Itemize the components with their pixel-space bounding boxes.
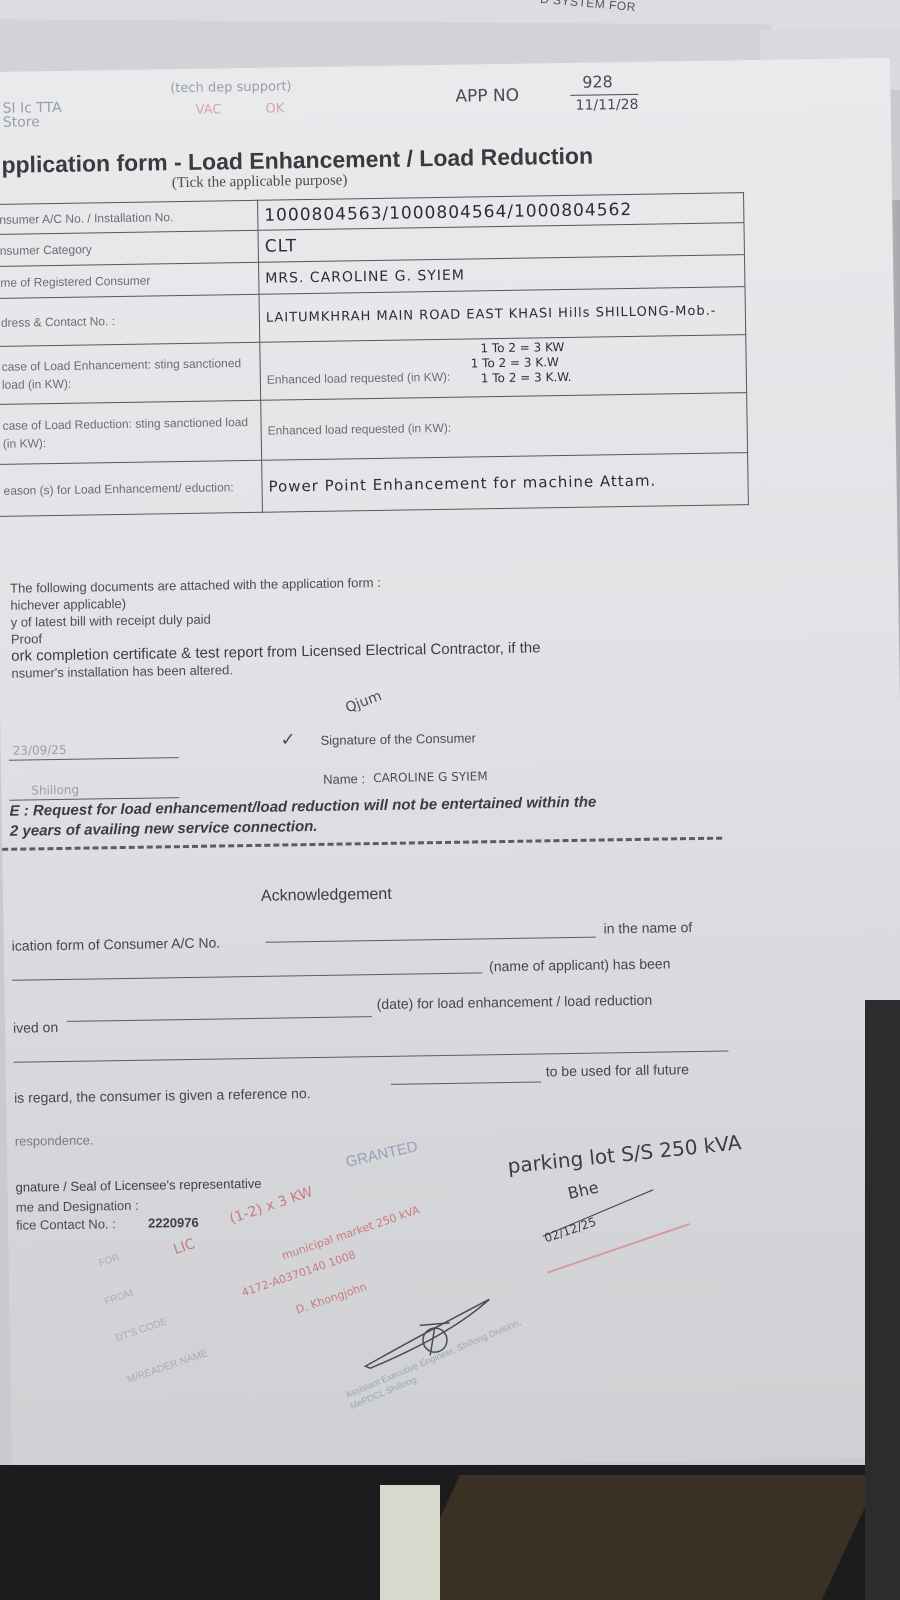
consumer-details-table: nsumer A/C No. / Installation No. 100080… — [0, 192, 749, 517]
consumer-name-handwritten: CAROLINE G SYIEM — [373, 769, 488, 785]
row-label: case of Load Enhancement: sting sanction… — [0, 342, 261, 404]
granted-stamp: GRANTED — [344, 1138, 419, 1171]
applicant-name-blank — [12, 972, 482, 980]
ack-text: respondence. — [15, 1133, 94, 1149]
consumer-signature-mark: Qjum — [343, 688, 384, 716]
form-subtitle: (Tick the applicable purpose) — [172, 172, 348, 192]
application-form-page: SI Ic TTA Store (tech dep support) VAC O… — [0, 58, 900, 1472]
fraction-line — [570, 94, 638, 96]
stamp-field-label: DT'S CODE — [114, 1316, 168, 1344]
account-number-blank — [266, 937, 596, 943]
handwritten-bracket-note: (tech dep support) — [170, 79, 292, 96]
office-contact-value: 2220976 — [148, 1215, 199, 1231]
load-value-line: 1 To 2 = 3 K.W. — [481, 370, 572, 385]
red-note-vac: VAC — [196, 102, 222, 117]
approver-initials: Bhe — [566, 1178, 600, 1203]
ack-text: (name of applicant) has been — [489, 955, 671, 974]
dark-edge — [865, 1000, 900, 1600]
ack-text: ication form of Consumer A/C No. — [12, 934, 221, 953]
documents-section: The following documents are attached wit… — [10, 571, 541, 681]
red-note-ok: OK — [266, 101, 285, 116]
reference-number-blank — [391, 1081, 541, 1084]
table-row: case of Load Enhancement: sting sanction… — [0, 335, 747, 405]
acknowledgement-title: Acknowledgement — [261, 886, 392, 906]
handwritten-site-note: SI Ic TTA Store — [2, 101, 62, 130]
date-value: 23/09/25 — [13, 743, 67, 758]
row-label: dress & Contact No. : — [0, 294, 260, 346]
signature-label: Signature of the Consumer — [320, 730, 476, 747]
date-received-blank — [67, 1016, 372, 1022]
app-no-label: APP NO — [455, 86, 519, 107]
ack-text: (date) for load enhancement / load reduc… — [377, 992, 653, 1012]
paper-strip — [380, 1485, 440, 1600]
ack-text: ived on — [13, 1019, 58, 1036]
office-contact-label: fice Contact No. : — [16, 1216, 116, 1233]
load-value-line: 1 To 2 = 3 K.W — [471, 355, 559, 370]
name-label: Name : — [323, 771, 365, 787]
row-label: me of Registered Consumer — [0, 262, 259, 298]
stamp-field-label: M/READER NAME — [126, 1348, 209, 1386]
check-mark-icon: ✓ — [280, 729, 295, 750]
ack-text: is regard, the consumer is given a refer… — [14, 1085, 311, 1106]
place-value: Shillong — [31, 783, 79, 798]
stamp-field-label: FOR — [97, 1252, 121, 1269]
field-label: Enhanced load requested (in KW): — [268, 420, 452, 437]
licensee-signature-label: gnature / Seal of Licensee's representat… — [15, 1176, 261, 1195]
approval-date: 02/12/25 — [542, 1215, 598, 1246]
reduction-cell: Enhanced load requested (in KW): — [261, 393, 748, 461]
load-value-line: 1 To 2 = 3 KW — [480, 340, 564, 355]
desk-surface — [402, 1475, 880, 1600]
name-designation-label: me and Designation : — [16, 1198, 139, 1215]
field-label: Enhanced load requested (in KW): — [267, 370, 451, 387]
date-line — [9, 757, 179, 761]
row-label: eason (s) for Load Enhancement/ eduction… — [0, 460, 262, 516]
reason-value: Power Point Enhancement for machine Atta… — [262, 453, 749, 513]
red-entry: D. Khongjohn — [294, 1280, 368, 1316]
blank-line — [14, 1051, 729, 1063]
note-text: E : Request for load enhancement/load re… — [9, 793, 596, 842]
ack-text: in the name of — [603, 919, 692, 936]
row-label: case of Load Reduction: sting sanctioned… — [0, 400, 262, 464]
row-label: nsumer Category — [0, 230, 259, 266]
ack-text: to be used for all future — [546, 1061, 689, 1079]
address-value: LAITUMKHRAH MAIN ROAD EAST KHASI Hills S… — [259, 287, 746, 343]
parking-lot-note: parking lot S/S 250 kVA — [506, 1130, 742, 1178]
red-entry: LIC — [171, 1236, 197, 1258]
app-no-date: 11/11/28 — [575, 97, 638, 114]
enhancement-cell: Enhanced load requested (in KW): 1 To 2 … — [260, 335, 747, 401]
stamp-field-label: FROM — [103, 1288, 134, 1308]
app-no-value: 928 — [582, 72, 613, 91]
table-row: eason (s) for Load Enhancement/ eduction… — [0, 453, 748, 517]
row-label: nsumer A/C No. / Installation No. — [0, 200, 258, 234]
